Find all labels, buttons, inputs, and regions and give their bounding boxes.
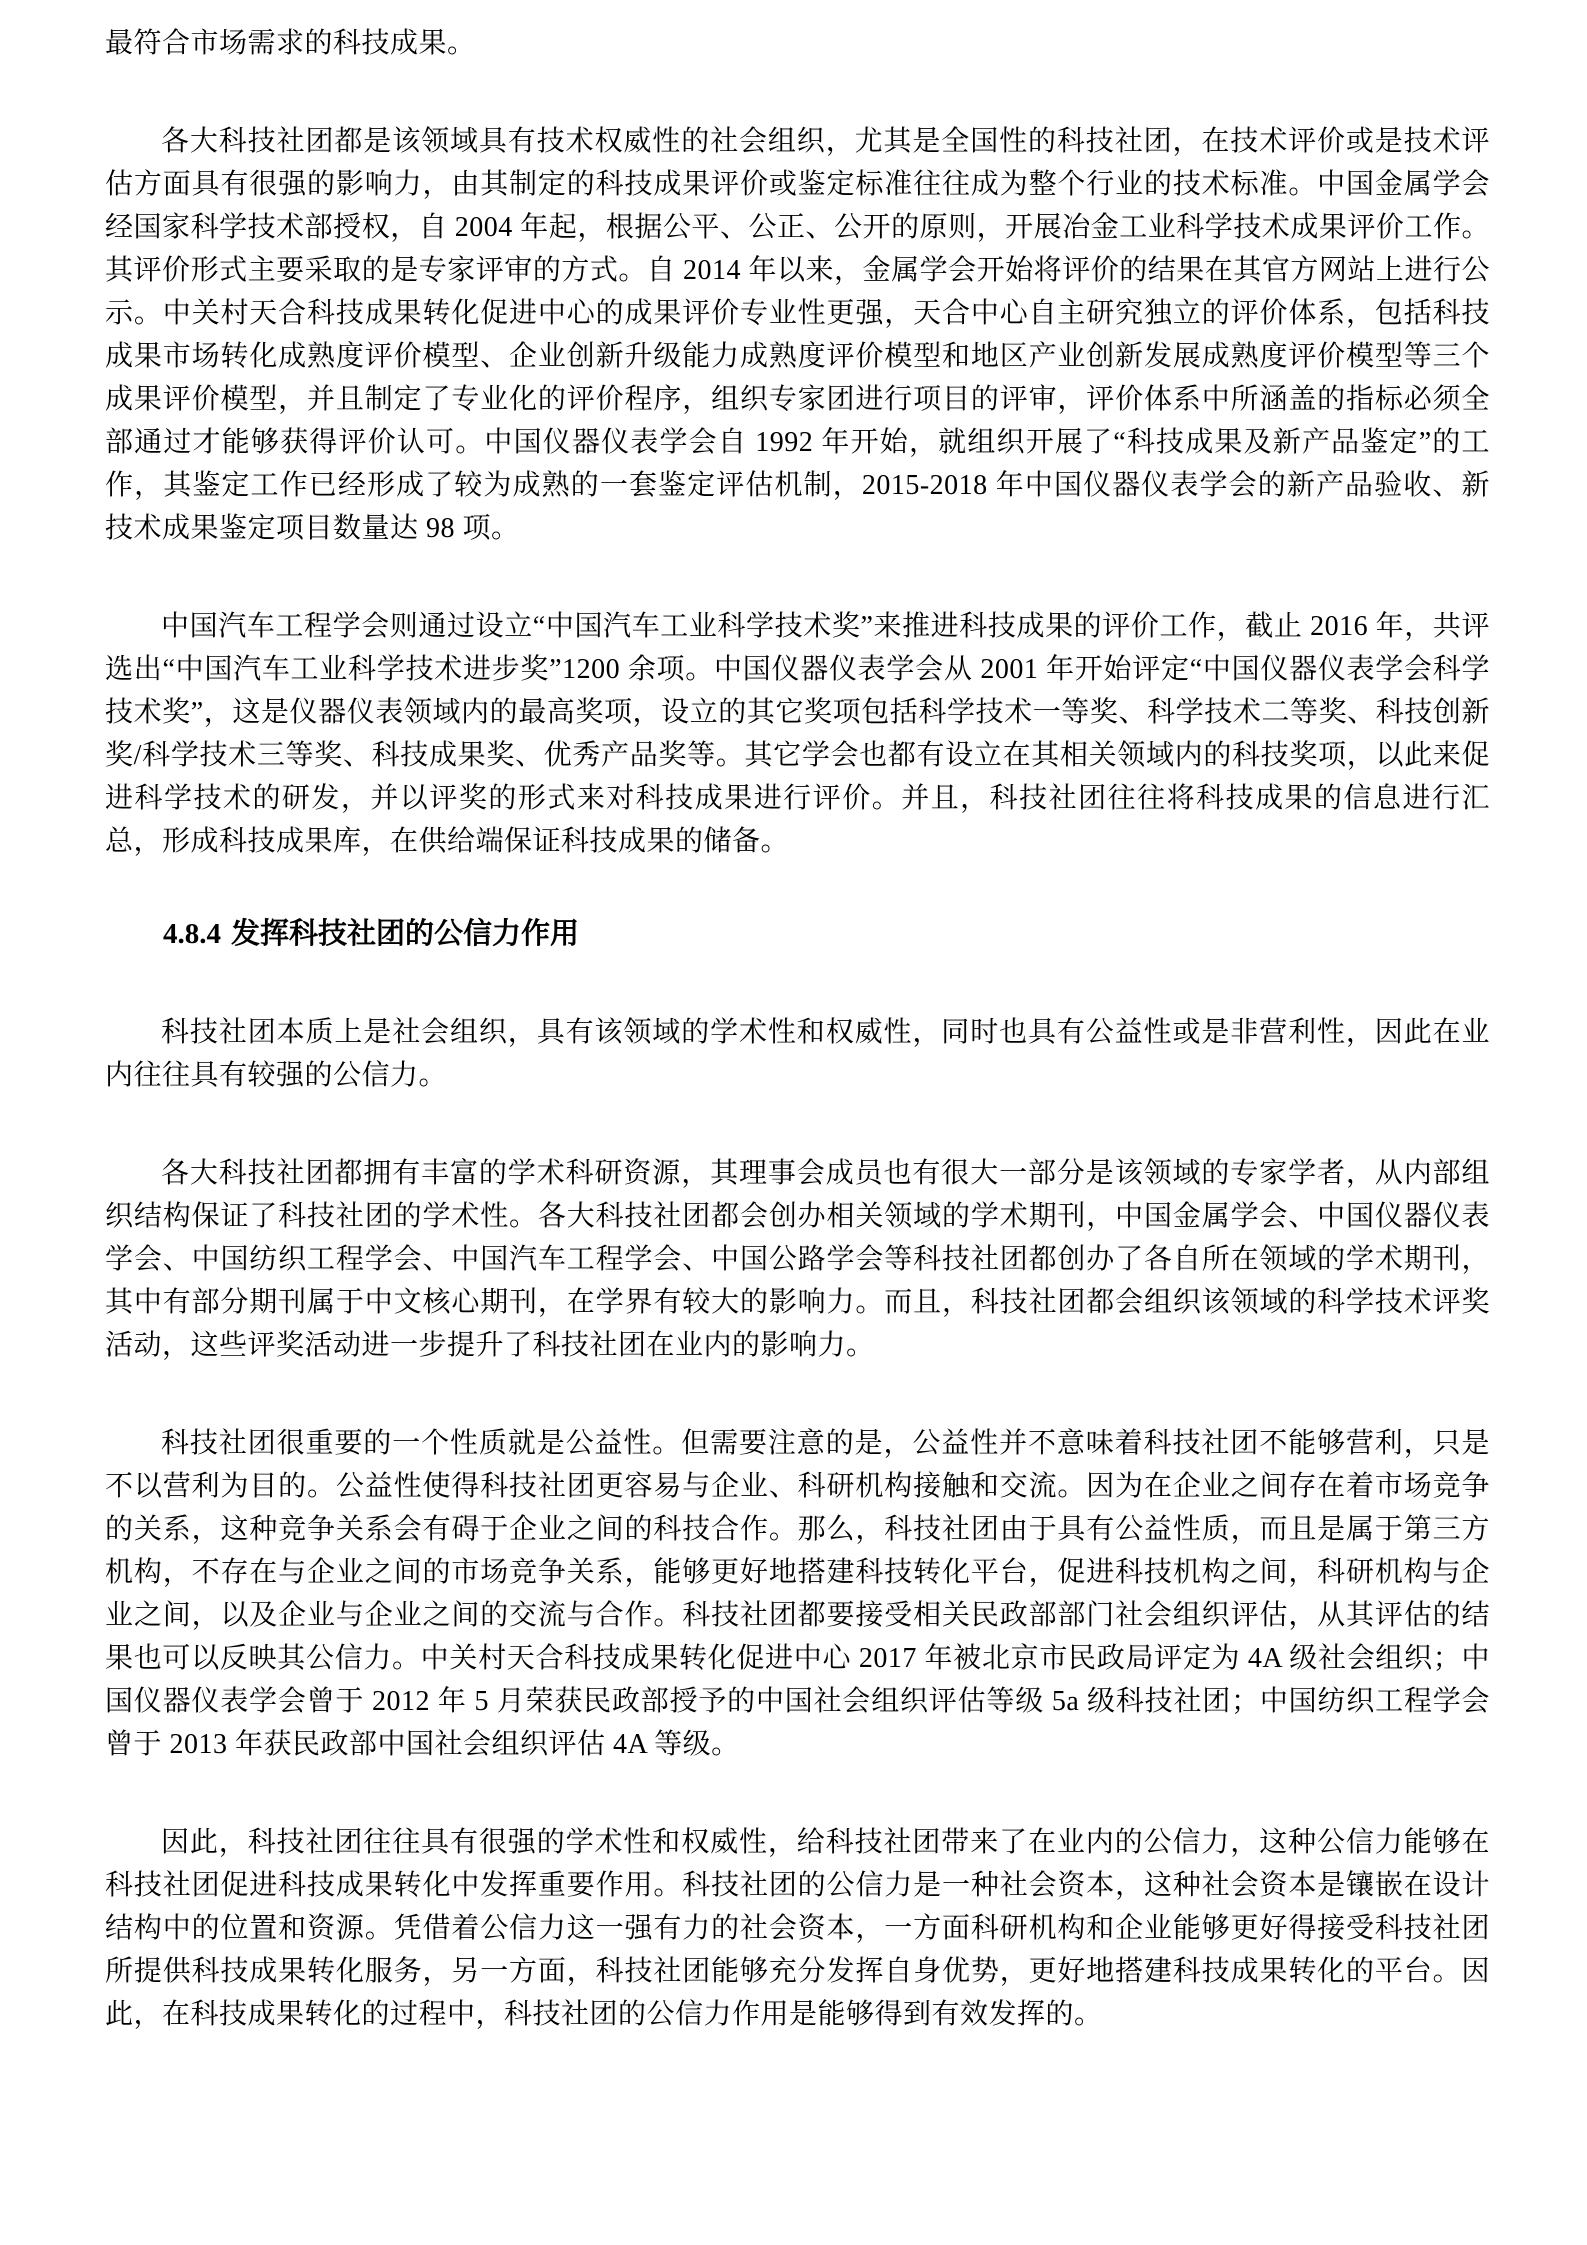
section-heading: 4.8.4发挥科技社团的公信力作用: [105, 913, 1490, 956]
paragraph-public-welfare: 科技社团很重要的一个性质就是公益性。但需要注意的是，公益性并不意味着科技社团不能…: [105, 1422, 1490, 1766]
paragraph-academic-resources: 各大科技社团都拥有丰富的学术科研资源，其理事会成员也有很大一部分是该领域的专家学…: [105, 1152, 1490, 1367]
continuation-paragraph: 最符合市场需求的科技成果。: [105, 22, 1490, 65]
paragraph-credibility-intro: 科技社团本质上是社会组织，具有该领域的学术性和权威性，同时也具有公益性或是非营利…: [105, 1011, 1490, 1097]
paragraph-awards-evaluation: 中国汽车工程学会则通过设立“中国汽车工业科学技术奖”来推进科技成果的评价工作，截…: [105, 605, 1490, 863]
section-heading-number: 4.8.4: [163, 918, 221, 950]
document-page: 最符合市场需求的科技成果。 各大科技社团都是该领域具有技术权威性的社会组织，尤其…: [0, 0, 1587, 2245]
paragraph-tech-societies-authority: 各大科技社团都是该领域具有技术权威性的社会组织，尤其是全国性的科技社团，在技术评…: [105, 120, 1490, 550]
section-heading-title: 发挥科技社团的公信力作用: [231, 918, 579, 950]
paragraph-conclusion: 因此，科技社团往往具有很强的学术性和权威性，给科技社团带来了在业内的公信力，这种…: [105, 1821, 1490, 2036]
